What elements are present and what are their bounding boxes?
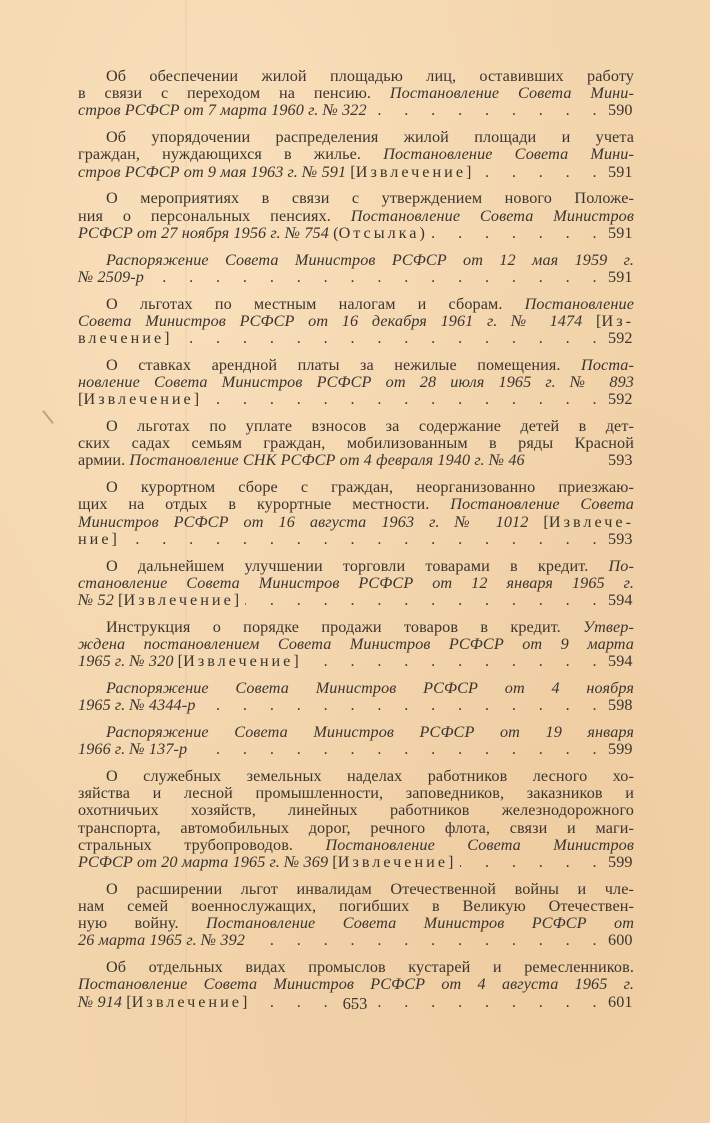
toc-entry: Распоряжение Совета Министров РСФСР от 1… xyxy=(78,724,634,758)
dot-leader: . . . . . . . . . . . . . . . . . . . . … xyxy=(245,592,606,609)
toc-entry-page: 591 xyxy=(608,269,634,286)
toc-entry-page: 598 xyxy=(608,697,634,714)
toc-entry-line: становление Совета Министров РСФСР от 12… xyxy=(78,575,634,592)
toc-entry-title-end: ние] xyxy=(78,531,117,548)
toc-entry: О ставках арендной платы за нежилые поме… xyxy=(78,357,634,409)
toc-entry-line: О служебных земельных наделах работников… xyxy=(78,768,634,785)
toc-entry: Инструкция о порядке продажи товаров в к… xyxy=(78,619,634,671)
toc-entry-page: 599 xyxy=(608,741,634,758)
toc-entry-line: Распоряжение Совета Министров РСФСР от 1… xyxy=(78,252,634,269)
toc-entry-line: Постановление Совета Министров РСФСР от … xyxy=(78,976,634,993)
dot-leader: . . . . . . . . . . . . . . . . . . . . … xyxy=(123,531,606,548)
toc-entry-line: О мероприятиях в связи с утверждением но… xyxy=(78,190,634,207)
toc-entry-title-end: [Извлечение] xyxy=(78,391,199,408)
toc-entry-line: ждена постановлением Совета Министров РС… xyxy=(78,636,634,653)
toc-entry-line: нам семей военнослужащих, погибших в Вел… xyxy=(78,898,634,915)
toc-entry-page: 591 xyxy=(608,164,634,181)
toc-entry-line: транспорта, автомобильных дорог, речного… xyxy=(78,820,634,837)
toc-entry-line: О расширении льгот инвалидам Отечественн… xyxy=(78,881,634,898)
toc-entry-line: Об отдельных видах промыслов кустарей и … xyxy=(78,959,634,976)
toc-entry-line: стральных трубопроводов. Постановление С… xyxy=(78,837,634,854)
dot-leader: . . . . . . . . . . . . . . . . . . . . … xyxy=(193,741,606,758)
dot-leader: . . . . . . . . . . . . . . . . . . . . … xyxy=(201,697,606,714)
toc-entry-page: 593 xyxy=(608,531,634,548)
toc-entry-page: 590 xyxy=(608,102,634,119)
toc-entry-title-end: № 52 [Извлечение] xyxy=(78,592,239,609)
toc-entry: Об обеспечении жилой площадью лиц, остав… xyxy=(78,68,634,120)
toc-entry-title-end: 26 марта 1965 г. № 392 xyxy=(78,932,245,949)
pencil-mark xyxy=(42,410,53,424)
dot-leader: . . . . . . . . . . . . . . . . . . . . … xyxy=(478,164,606,181)
toc-entry: О мероприятиях в связи с утверждением но… xyxy=(78,190,634,242)
toc-entry-line: Совета Министров РСФСР от 16 декабря 196… xyxy=(78,313,634,330)
dot-leader: . . . . . . . . . . . . . . . . . . . . … xyxy=(205,391,606,408)
page-number: 653 xyxy=(0,994,710,1014)
toc-entry-title-end: 1966 г. № 137-р xyxy=(78,741,187,758)
toc-entry-line: ния о персональных пенсиях. Постановлени… xyxy=(78,208,634,225)
toc-entry-page: 594 xyxy=(608,653,634,670)
toc-entry: Распоряжение Совета Министров РСФСР от 4… xyxy=(78,680,634,714)
toc-entry-line: Распоряжение Совета Министров РСФСР от 1… xyxy=(78,724,634,741)
toc-entry-line: в связи с переходом на пенсию. Постановл… xyxy=(78,85,634,102)
toc-entry-title-end: РСФСР от 20 марта 1965 г. № 369 [Извлече… xyxy=(78,854,454,871)
toc-entry-title-end: РСФСР от 27 ноября 1956 г. № 754 (Отсылк… xyxy=(78,225,425,242)
toc-entry-line: граждан, нуждающихся в жилье. Постановле… xyxy=(78,146,634,163)
toc-entry-line: новление Совета Министров РСФСР от 28 ию… xyxy=(78,374,634,391)
toc-entry-line: О дальнейшем улучшении торговли товарами… xyxy=(78,558,634,575)
toc-entry: О курортном сборе с граждан, неорганизов… xyxy=(78,479,634,548)
toc-entry-line: Об упорядочении распределения жилой площ… xyxy=(78,129,634,146)
dot-leader: . . . . . . . . . . . . . . . . . . . . … xyxy=(176,330,606,347)
toc-entry-line: щих на отдых в курортные местности. Пост… xyxy=(78,496,634,513)
toc-entry-line: зяйства и лесной промышленности, заповед… xyxy=(78,785,634,802)
toc-entry-title-end: стров РСФСР от 7 марта 1960 г. № 322 xyxy=(78,102,367,119)
toc-entry-line: ную войну. Постановление Совета Министро… xyxy=(78,915,634,932)
table-of-contents: Об обеспечении жилой площадью лиц, остав… xyxy=(78,68,634,1020)
toc-entry-title-end: стров РСФСР от 9 мая 1963 г. № 591 [Извл… xyxy=(78,164,472,181)
toc-entry-page: 600 xyxy=(608,932,634,949)
toc-entry-line: О курортном сборе с граждан, неорганизов… xyxy=(78,479,634,496)
dot-leader: . . . . . . . . . . . . . . . . . . . . … xyxy=(460,854,606,871)
toc-entry-line: ских садах семьям граждан, мобилизованны… xyxy=(78,435,634,452)
toc-entry-page: 592 xyxy=(608,391,634,408)
toc-entry-page: 591 xyxy=(608,225,634,242)
toc-entry-page: 592 xyxy=(608,330,634,347)
toc-entry-title-end: № 2509-р xyxy=(78,269,144,286)
toc-entry-line: О льготах по уплате взносов за содержани… xyxy=(78,418,634,435)
toc-entry: О расширении льгот инвалидам Отечественн… xyxy=(78,881,634,950)
toc-entry: Распоряжение Совета Министров РСФСР от 1… xyxy=(78,252,634,286)
toc-entry-title-end: влечение] xyxy=(78,330,170,347)
dot-leader: . . . . . . . . . . . . . . . . . . . . … xyxy=(150,269,606,286)
toc-entry-line: охотничьих хозяйств, линейных работников… xyxy=(78,802,634,819)
dot-leader: . . . . . . . . . . . . . . . . . . . . … xyxy=(251,932,606,949)
dot-leader: . . . . . . . . . . . . . . . . . . . . … xyxy=(431,225,606,242)
toc-entry: О дальнейшем улучшении торговли товарами… xyxy=(78,558,634,610)
dot-leader: . . . . . . . . . . . . . . . . . . . . … xyxy=(305,653,606,670)
toc-entry: Об упорядочении распределения жилой площ… xyxy=(78,129,634,181)
toc-entry-line: Инструкция о порядке продажи товаров в к… xyxy=(78,619,634,636)
toc-entry-page: 594 xyxy=(608,592,634,609)
toc-entry-page: 593 xyxy=(608,452,634,469)
toc-entry: О льготах по местным налогам и сборам. П… xyxy=(78,296,634,348)
toc-entry-line: О льготах по местным налогам и сборам. П… xyxy=(78,296,634,313)
toc-entry-line: Министров РСФСР от 16 августа 1963 г. № … xyxy=(78,514,634,531)
toc-entry-title-end: армии. Постановление СНК РСФСР от 4 февр… xyxy=(78,452,525,469)
dot-leader: . . . . . . . . . . . . . . . . . . . . … xyxy=(373,102,606,119)
toc-entry-title-end: 1965 г. № 4344-р xyxy=(78,697,195,714)
toc-entry: О служебных земельных наделах работников… xyxy=(78,768,634,871)
toc-entry-page: 599 xyxy=(608,854,634,871)
toc-entry: О льготах по уплате взносов за содержани… xyxy=(78,418,634,470)
toc-entry-line: Об обеспечении жилой площадью лиц, остав… xyxy=(78,68,634,85)
toc-entry-line: О ставках арендной платы за нежилые поме… xyxy=(78,357,634,374)
toc-entry-title-end: 1965 г. № 320 [Извлечение] xyxy=(78,653,299,670)
toc-entry-line: Распоряжение Совета Министров РСФСР от 4… xyxy=(78,680,634,697)
